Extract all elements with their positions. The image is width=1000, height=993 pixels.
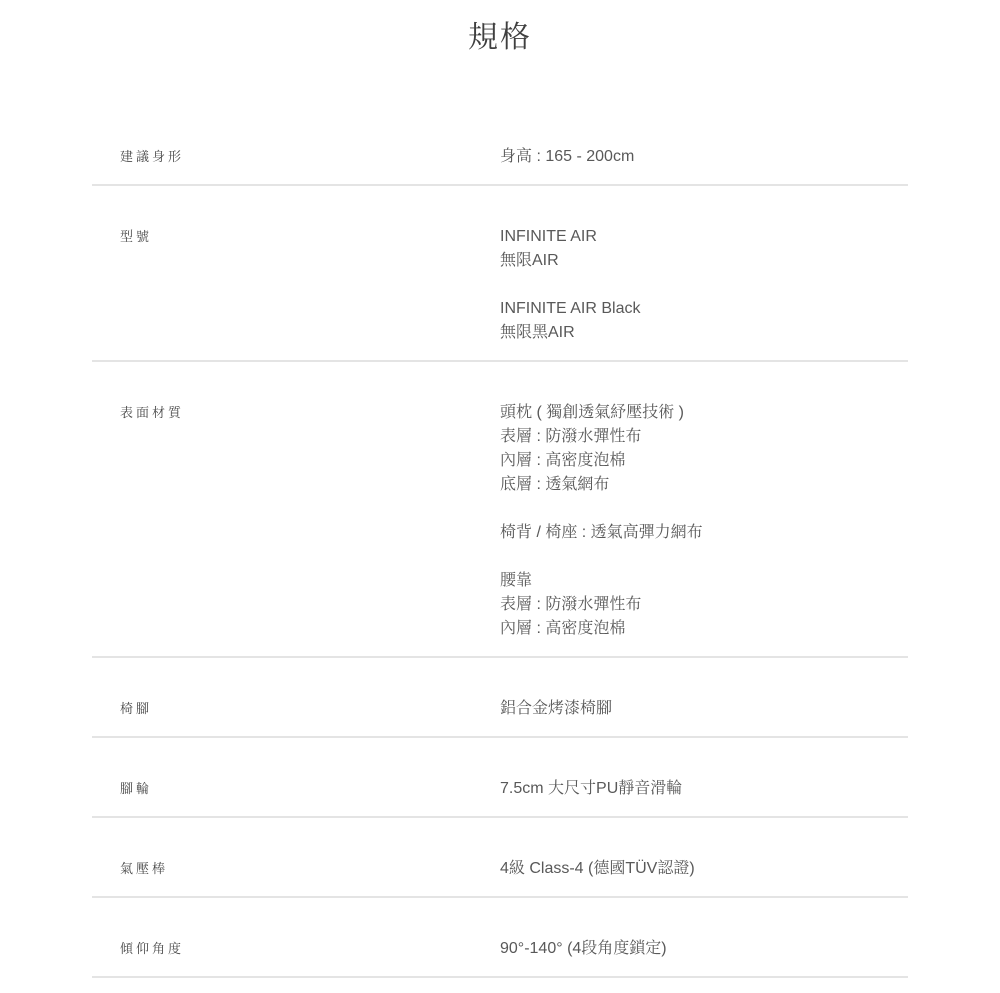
spec-value: 鋁合金烤漆椅腳 (500, 697, 908, 721)
spec-row: 表面材質 頭枕 ( 獨創透氣紓壓技術 ) 表層 : 防潑水彈性布 內層 : 高密… (92, 362, 908, 658)
spec-row: 氣壓棒 4級 Class-4 (德國TÜV認證) (92, 818, 908, 898)
spec-label: 腳輪 (92, 777, 500, 801)
product-spec-page: { "page": { "title": "規格" }, "colors": {… (0, 20, 1000, 993)
spec-row: 建議身形 身高 : 165 - 200cm (92, 106, 908, 186)
spec-row: 椅腳 鋁合金烤漆椅腳 (92, 658, 908, 738)
spec-value: INFINITE AIR 無限AIR INFINITE AIR Black 無限… (500, 225, 908, 345)
spec-label: 表面材質 (92, 401, 500, 425)
spec-value: 90°-140° (4段角度鎖定) (500, 937, 908, 961)
spec-row: 傾仰角度 90°-140° (4段角度鎖定) (92, 898, 908, 978)
spec-table: 建議身形 身高 : 165 - 200cm 型號 INFINITE AIR 無限… (92, 106, 908, 978)
spec-value: 頭枕 ( 獨創透氣紓壓技術 ) 表層 : 防潑水彈性布 內層 : 高密度泡棉 底… (500, 401, 908, 641)
spec-value: 7.5cm 大尺寸PU靜音滑輪 (500, 777, 908, 801)
spec-label: 建議身形 (92, 145, 500, 169)
spec-label: 型號 (92, 225, 500, 249)
spec-label: 傾仰角度 (92, 937, 500, 961)
spec-row: 型號 INFINITE AIR 無限AIR INFINITE AIR Black… (92, 186, 908, 362)
spec-label: 椅腳 (92, 697, 500, 721)
spec-value: 身高 : 165 - 200cm (500, 145, 908, 169)
page-title: 規格 (0, 20, 1000, 56)
spec-row: 腳輪 7.5cm 大尺寸PU靜音滑輪 (92, 738, 908, 818)
spec-label: 氣壓棒 (92, 857, 500, 881)
spec-value: 4級 Class-4 (德國TÜV認證) (500, 857, 908, 881)
